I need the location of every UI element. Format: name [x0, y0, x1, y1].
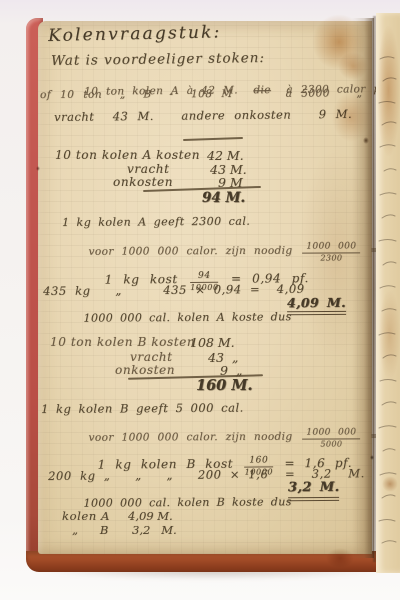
summary-row-label: „ B	[72, 524, 109, 537]
summary-row-value: 4,09 M.	[128, 510, 173, 523]
sum-b-row-label: 10 ton kolen B kosten	[50, 336, 195, 350]
question-line: Wat is voordeeliger stoken:	[51, 51, 265, 70]
calc-a-line2-pre: voor 1000 000 calor. zijn noodig	[89, 245, 301, 258]
calc-b-line5-pre: 1000 000 cal. kolen B koste dus	[83, 495, 291, 509]
divider-rule	[183, 137, 243, 141]
next-page-handwriting	[376, 13, 400, 573]
calc-b-result: 3,2 M.	[288, 481, 340, 501]
sum-b-total: 160 M.	[196, 378, 252, 395]
calc-a-line1: 1 kg kolen A geeft 2300 cal.	[62, 216, 250, 230]
notebook-page: Kolenvraagstuk: Wat is voordeeliger stok…	[38, 21, 372, 554]
calc-b-line1: 1 kg kolen B geeft 5 000 cal.	[41, 402, 244, 417]
sum-b-row-value: 108 M.	[190, 336, 235, 350]
calc-a-line4: 435 kg „ 435 × 0,94 = 4,09	[43, 283, 305, 299]
sum-a-row-label: 10 ton kolen A kosten	[55, 149, 200, 163]
page-gutter-shadow	[352, 18, 374, 558]
page-title: Kolenvraagstuk:	[48, 23, 222, 46]
fraction-numerator: 94	[190, 272, 219, 283]
calc-a-result: 4,09 M.	[287, 296, 346, 316]
summary-row-value: 3,2 M.	[132, 524, 177, 537]
costs-note-line: vracht 43 M. andere onkosten 9 M.	[54, 108, 352, 124]
calc-a-line5-pre: 1000 000 cal. kolen A koste dus	[83, 310, 291, 324]
summary-row-label: kolen A	[62, 510, 110, 523]
option-b-line: of 10 ton „ B - 108 M à 5000 „ - k	[40, 87, 400, 101]
next-page-sliver	[376, 13, 400, 573]
fraction-numerator: 160	[245, 456, 274, 467]
sum-b-row-label: onkosten	[115, 364, 175, 378]
notebook-cover-bottom-edge	[26, 551, 400, 572]
sum-a-total: 94 M.	[202, 191, 245, 207]
sum-a-row-label: onkosten	[113, 176, 173, 190]
